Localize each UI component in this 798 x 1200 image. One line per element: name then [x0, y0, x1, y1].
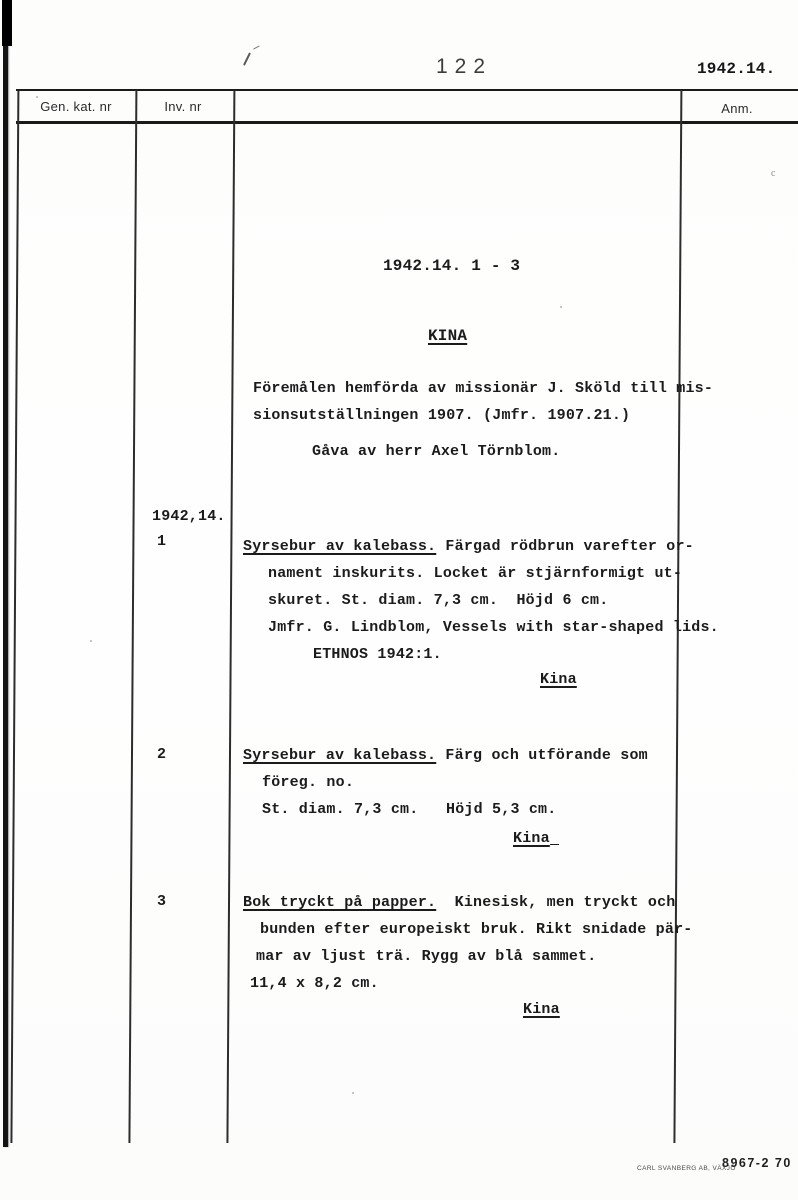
- item-reference-line: ETHNOS 1942:1.: [313, 645, 442, 664]
- scan-speckle: [90, 640, 92, 642]
- binding-edge-artifact: [3, 0, 8, 1147]
- printer-imprint: CARL SVANBERG AB, VÄXJÖ: [637, 1165, 736, 1172]
- catalog-reference: 1942.14.: [697, 60, 775, 78]
- item-origin: Kina: [540, 670, 577, 689]
- item-reference-line: Jmfr. G. Lindblom, Vessels with star-sha…: [268, 618, 719, 637]
- pencil-mark: [253, 45, 260, 50]
- item-title-line: Bok tryckt på papper. Kinesisk, men tryc…: [243, 893, 675, 912]
- item-description-line: mar av ljust trä. Rygg av blå sammet.: [256, 947, 596, 966]
- item-title-rest: Färg och utförande som: [436, 747, 648, 764]
- item-description-line: St. diam. 7,3 cm. Höjd 5,3 cm.: [262, 800, 556, 819]
- item-title: Syrsebur av kalebass.: [243, 747, 436, 764]
- item-description-line: bunden efter europeiskt bruk. Rikt snida…: [260, 920, 692, 939]
- table-top-rule: [16, 89, 798, 91]
- provenance-line: sionsutställningen 1907. (Jmfr. 1907.21.…: [253, 406, 630, 425]
- item-title-line: Syrsebur av kalebass. Färgad rödbrun var…: [243, 537, 694, 556]
- item-title-line: Syrsebur av kalebass. Färg och utförande…: [243, 746, 648, 765]
- item-title: Syrsebur av kalebass.: [243, 538, 436, 555]
- item-title-rest: Kinesisk, men tryckt och: [436, 894, 675, 911]
- page-number: 122: [436, 55, 492, 79]
- pencil-mark: [243, 52, 251, 65]
- gift-line: Gåva av herr Axel Törnblom.: [312, 442, 560, 461]
- scan-speckle: [36, 96, 38, 98]
- catalog-page: c 122 1942.14. Gen. kat. nr Inv. nr Anm.…: [0, 0, 798, 1200]
- scan-speckle: [352, 1092, 354, 1094]
- inventory-year-label: 1942,14.: [152, 507, 226, 526]
- item-description-line: skuret. St. diam. 7,3 cm. Höjd 6 cm.: [268, 591, 608, 610]
- column-header-gen-kat-nr: Gen. kat. nr: [17, 99, 135, 114]
- range-heading: 1942.14. 1 - 3: [383, 257, 520, 276]
- table-header-rule: [16, 121, 798, 124]
- column-header-anm: Anm.: [678, 101, 796, 116]
- scan-speckle: c: [771, 168, 775, 179]
- item-origin: Kina: [513, 826, 559, 848]
- form-code: 8967-2 70: [722, 1156, 792, 1170]
- item-title-rest: Färgad rödbrun varefter or-: [436, 538, 694, 555]
- item-inv-nr: 3: [157, 892, 166, 911]
- item-description-line: nament inskurits. Locket är stjärnformig…: [268, 564, 682, 583]
- item-title: Bok tryckt på papper.: [243, 894, 436, 911]
- item-dimensions-line: 11,4 x 8,2 cm.: [250, 974, 379, 993]
- item-inv-nr: 2: [157, 745, 166, 764]
- column-rule-gen-kat: [128, 90, 137, 1143]
- item-origin: Kina: [523, 1000, 560, 1019]
- item-inv-nr: 1: [157, 532, 166, 551]
- column-rule-anm: [673, 90, 682, 1143]
- scan-speckle: [560, 306, 562, 308]
- column-rule-inv-nr: [226, 90, 235, 1143]
- country-heading: KINA: [428, 327, 467, 346]
- binding-edge-artifact-top: [2, 0, 12, 46]
- table-left-rule: [10, 90, 19, 1143]
- item-description-line: föreg. no.: [262, 773, 354, 792]
- column-header-inv-nr: Inv. nr: [134, 99, 232, 114]
- provenance-line: Föremålen hemförda av missionär J. Sköld…: [253, 379, 713, 398]
